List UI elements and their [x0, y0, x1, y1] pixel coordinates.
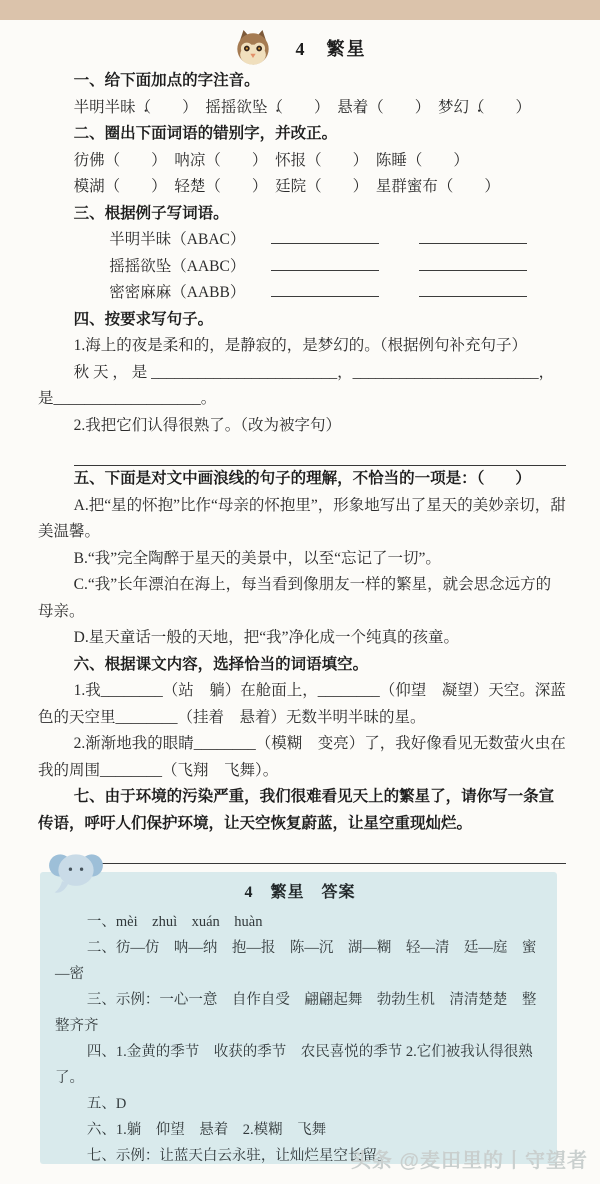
answer-box: 4 繁星 答案 一、mèi zhuì xuán huàn 二、彷—仿 呐—纳 抱…: [40, 872, 557, 1164]
pattern-word-row: 摇摇欲坠（AABC）: [38, 254, 566, 281]
section-heading-4: 四、按要求写句子。: [38, 307, 566, 334]
owl-icon: [234, 29, 272, 67]
answer-item: 六、1.躺 仰望 悬着 2.模糊 飞舞: [55, 1117, 545, 1143]
option-a: A.把“星的怀抱”比作“母亲的怀抱里”，形象地写出了星天的美妙亲切，甜美温馨。: [38, 493, 566, 546]
answer-item: 三、示例：一心一意 自作自受 翩翩起舞 勃勃生机 清清楚楚 整整齐齐: [55, 987, 545, 1039]
fill-line: 秋 天 ， 是 ________________________，_______…: [38, 360, 566, 387]
blank-answer-line: [74, 439, 566, 466]
answer-blank: [419, 257, 527, 271]
option-c: C.“我”长年漂泊在海上，每当看到像朋友一样的繁星，就会思念远方的母亲。: [38, 572, 566, 625]
wrong-char-row: 模湖（ ） 轻楚（ ） 廷院（ ） 星群蜜布（ ）: [38, 174, 566, 201]
pattern-word: 密密麻麻（AABB）: [109, 284, 245, 301]
section-heading-7: 七、由于环境的污染严重，我们很难看见天上的繁星了，请你写一条宣传语，呼吁人们保护…: [38, 784, 566, 837]
emphasis-dotted-char: 悬: [337, 99, 353, 116]
section-heading-2: 二、圈出下面词语的错别字，并改正。: [38, 121, 566, 148]
question-text: 1.海上的夜是柔和的，是静寂的，是梦幻的。（根据例句补充句子）: [38, 333, 566, 360]
fill-line: 是___________________。: [38, 386, 566, 413]
emphasis-dotted-char: 昧: [120, 99, 136, 116]
answer-blank: [271, 283, 379, 297]
answers-title: 4 繁星 答案: [55, 880, 545, 906]
pattern-word: 半明半昧（ABAC）: [109, 231, 245, 248]
watermark: 头条 @麦田里的丨守望者: [351, 1144, 588, 1173]
answer-blank: [419, 230, 527, 244]
elephant-icon: [48, 846, 104, 903]
answer-item: 二、彷—仿 呐—纳 抱—报 陈—沉 湖—糊 轻—清 廷—庭 蜜—密: [55, 935, 545, 987]
blank-answer-line: [74, 837, 566, 864]
pinyin-question-line: 半明半昧（ ） 摇摇欲坠（ ） 悬着（ ） 梦幻（ ）: [38, 95, 566, 122]
option-d: D.星天童话一般的天地，把“我”净化成一个纯真的孩童。: [38, 625, 566, 652]
question-text: 2.渐渐地我的眼睛________（模糊 变亮）了，我好像看见无数萤火虫在我的周…: [38, 731, 566, 784]
page-title: 4 繁星: [296, 35, 367, 61]
answer-blank: [271, 230, 379, 244]
title-row: 4 繁星: [0, 28, 600, 68]
worksheet-body: 一、给下面加点的字注音。 半明半昧（ ） 摇摇欲坠（ ） 悬着（ ） 梦幻（ ）…: [0, 68, 600, 864]
question-text: 1.我________（站 躺）在舱面上，________（仰望 凝望）天空。深…: [38, 678, 566, 731]
option-b: B.“我”完全陶醉于星天的美景中，以至“忘记了一切”。: [38, 546, 566, 573]
answer-blank: [271, 257, 379, 271]
wrong-char-row: 彷佛（ ） 呐凉（ ） 怀报（ ） 陈睡（ ）: [38, 148, 566, 175]
section-heading-1: 一、给下面加点的字注音。: [38, 68, 566, 95]
emphasis-dotted-char: 坠: [252, 99, 268, 116]
section-heading-3: 三、根据例子写词语。: [38, 201, 566, 228]
pattern-word-row: 密密麻麻（AABB）: [38, 280, 566, 307]
pattern-word-row: 半明半昧（ABAC）: [38, 227, 566, 254]
pattern-word: 摇摇欲坠（AABC）: [109, 258, 245, 275]
answer-item: 五、D: [55, 1091, 545, 1117]
question-text: 2.我把它们认得很熟了。（改为被字句）: [38, 413, 566, 440]
section-heading-5: 五、下面是对文中画浪线的句子的理解，不恰当的一项是：（ ）: [38, 466, 566, 493]
answer-item: 一、mèi zhuì xuán huàn: [55, 909, 545, 935]
answer-blank: [419, 283, 527, 297]
answer-item: 四、1.金黄的季节 收获的季节 农民喜悦的季节 2.它们被我认得很熟了。: [55, 1039, 545, 1091]
top-bar: [0, 0, 600, 20]
emphasis-dotted-char: 幻: [454, 99, 470, 116]
section-heading-6: 六、根据课文内容，选择恰当的词语填空。: [38, 652, 566, 679]
